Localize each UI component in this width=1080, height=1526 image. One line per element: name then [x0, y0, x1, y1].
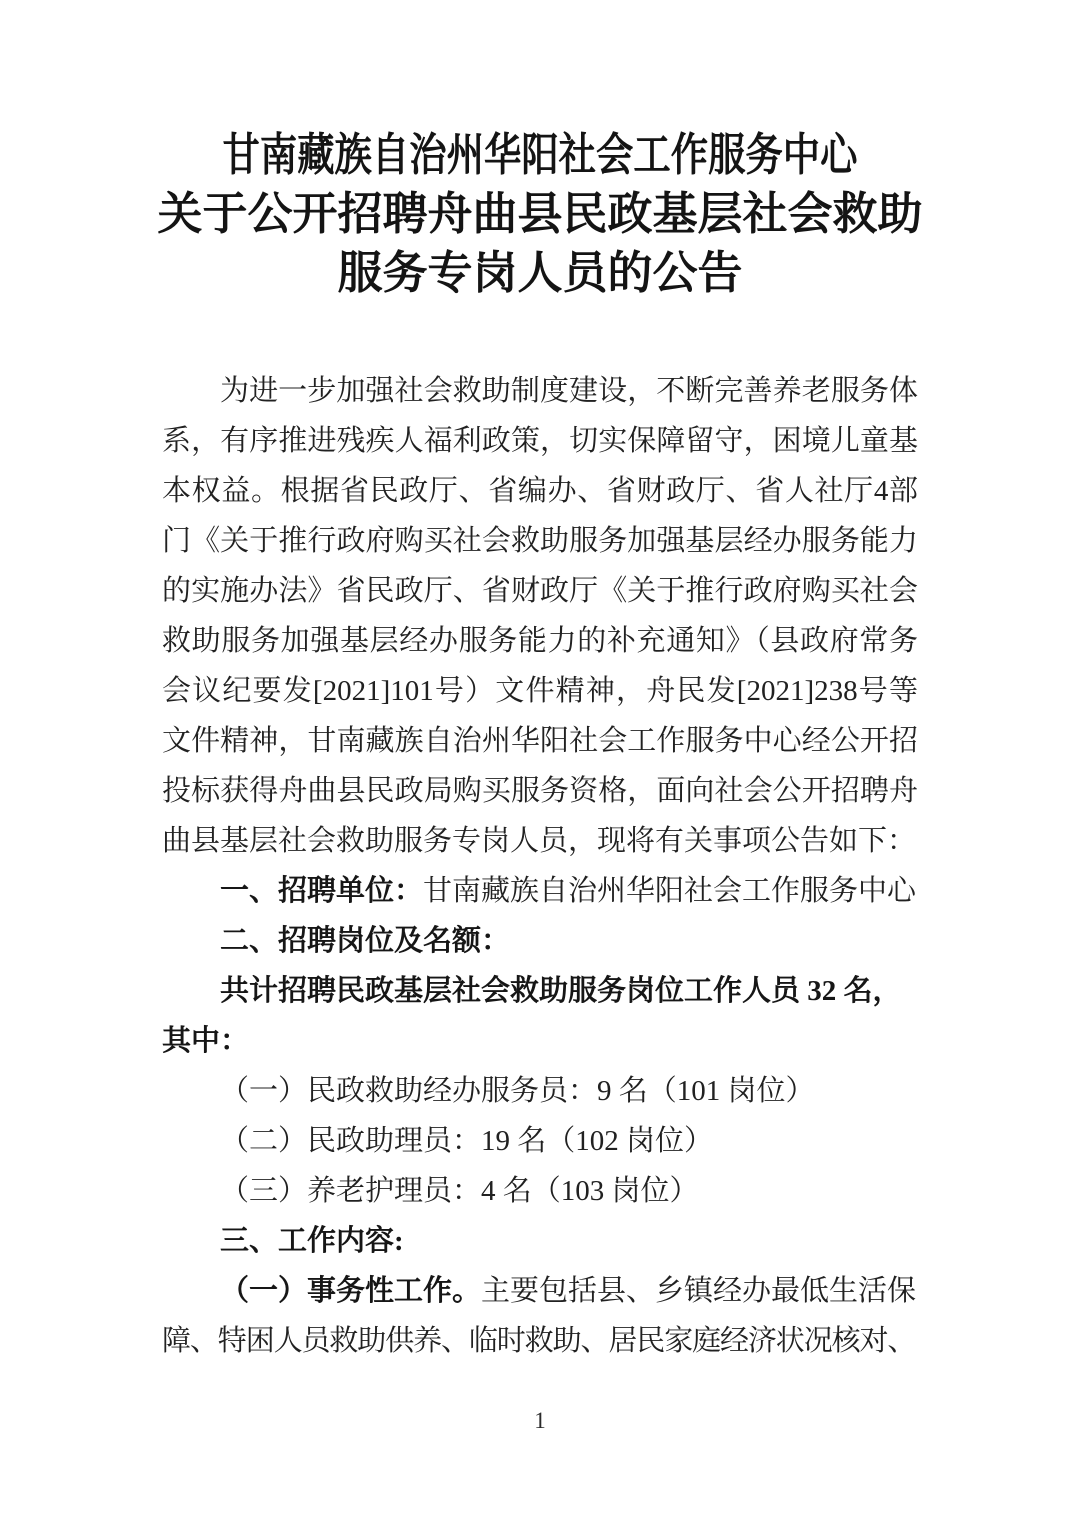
- work-content-line-1: （一）事务性工作。主要包括县、乡镇经办最低生活保: [162, 1266, 918, 1316]
- title-line-1: 甘南藏族自治州华阳社会工作服务中心: [92, 126, 988, 185]
- quota-item-102: （二）民政助理员：19 名（102 岗位）: [162, 1116, 918, 1166]
- document-body: 为进一步加强社会救助制度建设，不断完善养老服务体系，有序推进残疾人福利政策，切实…: [162, 366, 918, 1366]
- section-1-label: 一、招聘单位：: [220, 875, 423, 907]
- section-2-heading: 二、招聘岗位及名额：: [162, 916, 918, 966]
- quota-total-line-1: 共计招聘民政基层社会救助服务岗位工作人员 32 名，: [162, 966, 918, 1016]
- document-page: 甘南藏族自治州华阳社会工作服务中心 关于公开招聘舟曲县民政基层社会救助 服务专岗…: [0, 0, 1080, 1526]
- section-1-recruiting-unit: 一、招聘单位：甘南藏族自治州华阳社会工作服务中心: [162, 866, 918, 916]
- quota-item-103: （三）养老护理员：4 名（103 岗位）: [162, 1166, 918, 1216]
- title-line-3: 服务专岗人员的公告: [0, 244, 1080, 303]
- work-content-label: （一）事务性工作。: [220, 1275, 481, 1307]
- intro-paragraph: 为进一步加强社会救助制度建设，不断完善养老服务体系，有序推进残疾人福利政策，切实…: [162, 366, 918, 866]
- section-3-heading: 三、工作内容:: [162, 1216, 918, 1266]
- document-title: 甘南藏族自治州华阳社会工作服务中心 关于公开招聘舟曲县民政基层社会救助 服务专岗…: [0, 126, 1080, 303]
- quota-total-line-2: 其中：: [162, 1016, 918, 1066]
- page-footer: 1: [0, 1406, 1080, 1436]
- work-content-line-2: 障、特困人员救助供养、临时救助、居民家庭经济状况核对、: [162, 1316, 918, 1366]
- quota-item-101: （一）民政救助经办服务员：9 名（101 岗位）: [162, 1066, 918, 1116]
- title-line-2: 关于公开招聘舟曲县民政基层社会救助: [0, 185, 1080, 244]
- work-content-text-1: 主要包括县、乡镇经办最低生活保: [481, 1275, 916, 1307]
- page-number: 1: [534, 1408, 546, 1433]
- section-1-value: 甘南藏族自治州华阳社会工作服务中心: [423, 875, 916, 907]
